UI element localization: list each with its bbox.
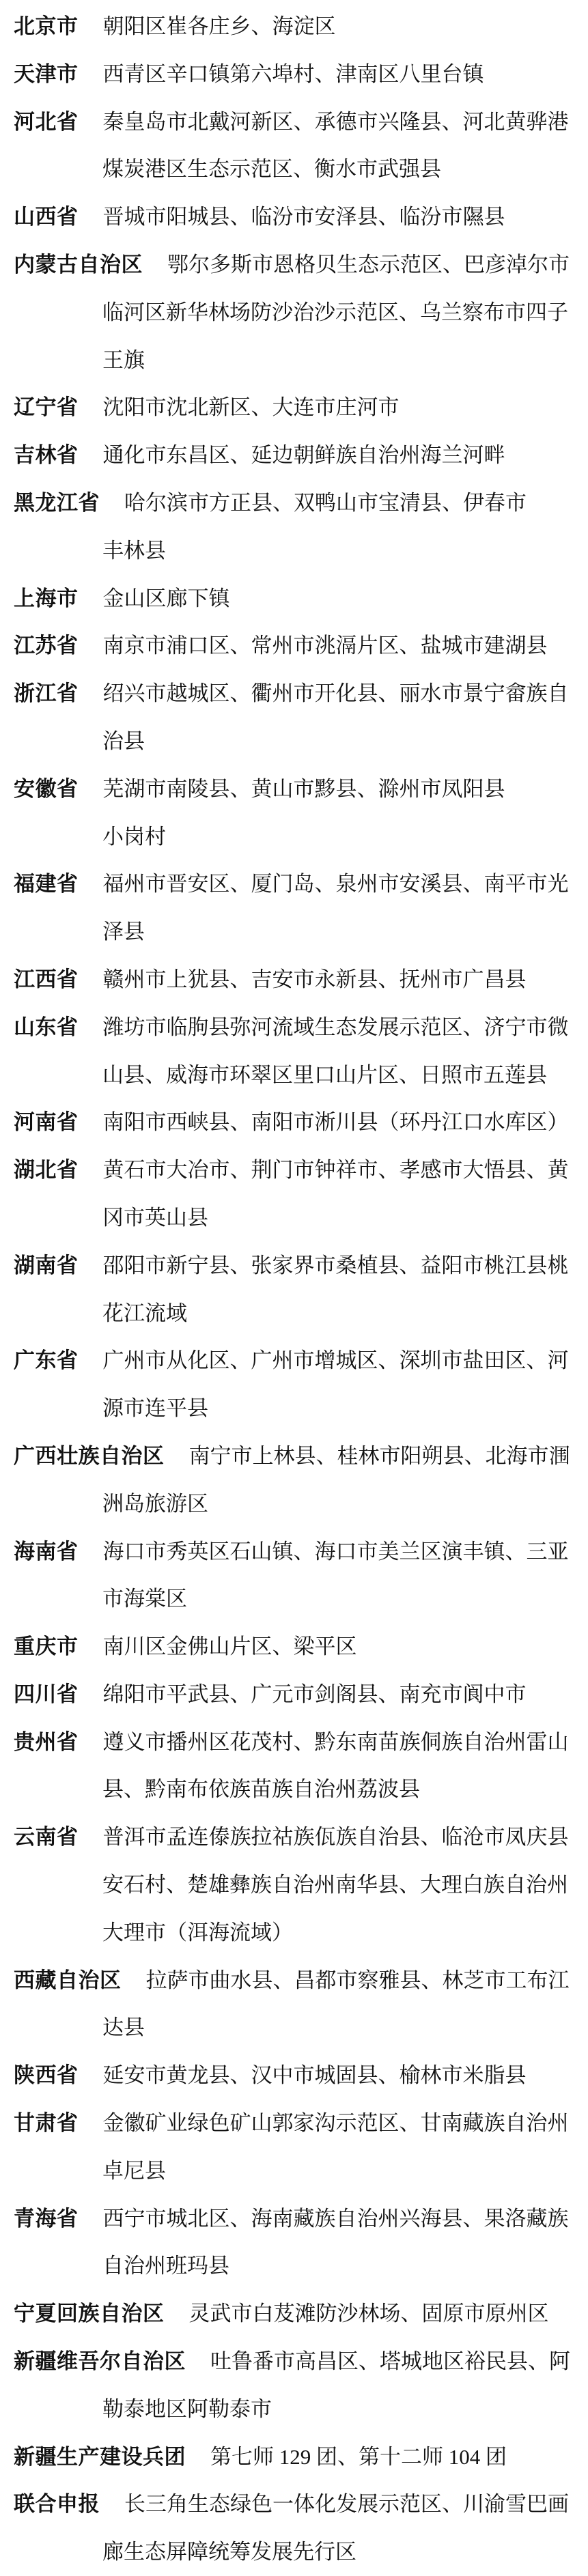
region-list: 绵阳市平武县、广元市剑阁县、南充市阆中市 — [103, 1682, 527, 1706]
region-list: 黄石市大冶市、荆门市钟祥市、孝感市大悟县、黄 冈市英山县 — [102, 1158, 569, 1230]
province-entry: 重庆市南川区金佛山片区、梁平区 — [14, 1623, 574, 1671]
province-entry: 海南省海口市秀英区石山镇、海口市美兰区演丰镇、三亚 市海棠区 — [14, 1528, 574, 1624]
province-entry: 湖北省黄石市大冶市、荆门市钟祥市、孝感市大悟县、黄 冈市英山县 — [14, 1146, 574, 1242]
province-entry: 江西省赣州市上犹县、吉安市永新县、抚州市广昌县 — [14, 956, 574, 1004]
region-list: 秦皇岛市北戴河新区、承德市兴隆县、河北黄骅港 煤炭港区生态示范区、衡水市武强县 — [102, 110, 569, 182]
region-list: 芜湖市南陵县、黄山市黟县、滁州市凤阳县 小岗村 — [102, 777, 505, 849]
province-label: 广西壮族自治区 — [14, 1444, 165, 1468]
province-entry: 福建省福州市晋安区、厦门岛、泉州市安溪县、南平市光 泽县 — [14, 860, 574, 956]
region-list: 南川区金佛山片区、梁平区 — [103, 1634, 357, 1658]
province-label: 吉林省 — [14, 443, 79, 467]
province-entry: 联合申报长三角生态绿色一体化发展示范区、川渝雪巴画 廊生态屏障统筹发展先行区 — [14, 2480, 574, 2576]
region-list: 广州市从化区、广州市增城区、深圳市盐田区、河 源市连平县 — [102, 1348, 569, 1420]
province-label: 江西省 — [14, 967, 79, 991]
region-list: 金徽矿业绿色矿山郭家沟示范区、甘南藏族自治州 卓尼县 — [102, 2111, 569, 2183]
province-entry: 天津市西青区辛口镇第六埠村、津南区八里台镇 — [14, 51, 574, 98]
province-entry: 安徽省芜湖市南陵县、黄山市黟县、滁州市凤阳县 小岗村 — [14, 765, 574, 861]
province-label: 湖南省 — [14, 1254, 79, 1277]
province-label: 内蒙古自治区 — [14, 253, 143, 277]
province-label: 贵州省 — [14, 1730, 79, 1754]
province-label: 天津市 — [14, 62, 79, 86]
province-label: 重庆市 — [14, 1634, 79, 1658]
region-list: 灵武市白芨滩防沙林场、固原市原州区 — [189, 2302, 549, 2325]
province-label: 甘肃省 — [14, 2111, 79, 2135]
province-label: 广东省 — [14, 1348, 79, 1372]
province-label: 联合申报 — [14, 2492, 100, 2516]
region-list: 金山区廊下镇 — [103, 586, 230, 610]
province-label: 浙江省 — [14, 681, 79, 705]
region-list: 朝阳区崔各庄乡、海淀区 — [103, 14, 336, 38]
province-entry: 河南省南阳市西峡县、南阳市淅川县（环丹江口水库区） — [14, 1099, 574, 1146]
region-list: 沈阳市沈北新区、大连市庄河市 — [103, 395, 400, 419]
region-list: 海口市秀英区石山镇、海口市美兰区演丰镇、三亚 市海棠区 — [102, 1540, 569, 1611]
province-entry: 甘肃省金徽矿业绿色矿山郭家沟示范区、甘南藏族自治州 卓尼县 — [14, 2099, 574, 2195]
province-label: 湖北省 — [14, 1158, 79, 1182]
province-entry: 北京市朝阳区崔各庄乡、海淀区 — [14, 3, 574, 51]
region-list: 南宁市上林县、桂林市阳朔县、北海市涠 洲岛旅游区 — [102, 1444, 570, 1516]
province-label: 河北省 — [14, 110, 79, 134]
province-entry: 宁夏回族自治区灵武市白芨滩防沙林场、固原市原州区 — [14, 2290, 574, 2338]
region-list: 遵义市播州区花茂村、黔东南苗族侗族自治州雷山 县、黔南布依族苗族自治州荔波县 — [102, 1730, 569, 1802]
region-list: 通化市东昌区、延边朝鲜族自治州海兰河畔 — [103, 443, 505, 467]
province-label: 新疆维吾尔自治区 — [14, 2349, 186, 2373]
province-entry: 青海省西宁市城北区、海南藏族自治州兴海县、果洛藏族 自治州班玛县 — [14, 2195, 574, 2291]
province-entry: 浙江省绍兴市越城区、衢州市开化县、丽水市景宁畲族自 治县 — [14, 670, 574, 765]
province-entry: 贵州省遵义市播州区花茂村、黔东南苗族侗族自治州雷山 县、黔南布依族苗族自治州荔波… — [14, 1718, 574, 1814]
province-label: 云南省 — [14, 1825, 79, 1849]
province-label: 新疆生产建设兵团 — [14, 2445, 186, 2469]
province-entry: 吉林省通化市东昌区、延边朝鲜族自治州海兰河畔 — [14, 431, 574, 479]
province-entry: 陕西省延安市黄龙县、汉中市城固县、榆林市米脂县 — [14, 2052, 574, 2099]
province-label: 西藏自治区 — [14, 1968, 122, 1992]
province-label: 宁夏回族自治区 — [14, 2302, 165, 2325]
province-label: 辽宁省 — [14, 395, 79, 419]
province-entry: 江苏省南京市浦口区、常州市洮滆片区、盐城市建湖县 — [14, 622, 574, 670]
region-list: 普洱市孟连傣族拉祜族佤族自治县、临沧市凤庆县 安石村、楚雄彝族自治州南华县、大理… — [102, 1825, 569, 1944]
province-entry: 河北省秦皇岛市北戴河新区、承德市兴隆县、河北黄骅港 煤炭港区生态示范区、衡水市武… — [14, 98, 574, 194]
province-label: 上海市 — [14, 586, 79, 610]
province-entry: 上海市金山区廊下镇 — [14, 575, 574, 623]
region-list: 邵阳市新宁县、张家界市桑植县、益阳市桃江县桃 花江流域 — [102, 1254, 569, 1325]
province-entry: 湖南省邵阳市新宁县、张家界市桑植县、益阳市桃江县桃 花江流域 — [14, 1242, 574, 1337]
province-label: 海南省 — [14, 1540, 79, 1563]
province-label: 北京市 — [14, 14, 79, 38]
province-entry: 山西省晋城市阳城县、临汾市安泽县、临汾市隰县 — [14, 193, 574, 241]
region-list: 长三角生态绿色一体化发展示范区、川渝雪巴画 廊生态屏障统筹发展先行区 — [102, 2492, 569, 2564]
province-label: 山西省 — [14, 205, 79, 229]
province-label: 四川省 — [14, 1682, 79, 1706]
province-label: 福建省 — [14, 872, 79, 896]
region-list: 拉萨市曲水县、昌都市察雅县、林芝市工布江 达县 — [102, 1968, 570, 2040]
province-entry: 广东省广州市从化区、广州市增城区、深圳市盐田区、河 源市连平县 — [14, 1337, 574, 1432]
region-list: 南阳市西峡县、南阳市淅川县（环丹江口水库区） — [103, 1110, 569, 1134]
province-entry: 新疆维吾尔自治区吐鲁番市高昌区、塔城地区裕民县、阿 勒泰地区阿勒泰市 — [14, 2338, 574, 2433]
region-list: 赣州市上犹县、吉安市永新县、抚州市广昌县 — [103, 967, 527, 991]
region-list: 福州市晋安区、厦门岛、泉州市安溪县、南平市光 泽县 — [102, 872, 569, 944]
province-entry: 广西壮族自治区南宁市上林县、桂林市阳朔县、北海市涠 洲岛旅游区 — [14, 1432, 574, 1528]
region-list: 绍兴市越城区、衢州市开化县、丽水市景宁畲族自 治县 — [102, 681, 569, 753]
province-entry: 四川省绵阳市平武县、广元市剑阁县、南充市阆中市 — [14, 1671, 574, 1718]
province-entry: 辽宁省沈阳市沈北新区、大连市庄河市 — [14, 384, 574, 431]
province-label: 陕西省 — [14, 2063, 79, 2087]
province-label: 河南省 — [14, 1110, 79, 1134]
province-entry: 山东省潍坊市临朐县弥河流域生态发展示范区、济宁市微 山县、威海市环翠区里口山片区… — [14, 1004, 574, 1099]
province-entry: 新疆生产建设兵团第七师 129 团、第十二师 104 团 — [14, 2433, 574, 2481]
province-entry: 内蒙古自治区鄂尔多斯市恩格贝生态示范区、巴彦淖尔市 临河区新华林场防沙治沙示范区… — [14, 241, 574, 384]
province-entry: 西藏自治区拉萨市曲水县、昌都市察雅县、林芝市工布江 达县 — [14, 1957, 574, 2052]
region-list: 延安市黄龙县、汉中市城固县、榆林市米脂县 — [103, 2063, 527, 2087]
region-list: 西宁市城北区、海南藏族自治州兴海县、果洛藏族 自治州班玛县 — [102, 2207, 569, 2278]
province-entry: 黑龙江省哈尔滨市方正县、双鸭山市宝清县、伊春市 丰林县 — [14, 479, 574, 575]
region-list: 哈尔滨市方正县、双鸭山市宝清县、伊春市 丰林县 — [102, 491, 527, 563]
province-label: 江苏省 — [14, 634, 79, 657]
region-list: 第七师 129 团、第十二师 104 团 — [210, 2445, 507, 2469]
region-list: 晋城市阳城县、临汾市安泽县、临汾市隰县 — [103, 205, 505, 229]
province-entry: 云南省普洱市孟连傣族拉祜族佤族自治县、临沧市凤庆县 安石村、楚雄彝族自治州南华县… — [14, 1813, 574, 1956]
region-list: 西青区辛口镇第六埠村、津南区八里台镇 — [103, 62, 484, 86]
document-page: 北京市朝阳区崔各庄乡、海淀区 天津市西青区辛口镇第六埠村、津南区八里台镇 河北省… — [14, 3, 574, 2576]
province-label: 黑龙江省 — [14, 491, 100, 515]
province-label: 安徽省 — [14, 777, 79, 801]
province-label: 山东省 — [14, 1015, 79, 1039]
province-label: 青海省 — [14, 2207, 79, 2231]
region-list: 鄂尔多斯市恩格贝生态示范区、巴彦淖尔市 临河区新华林场防沙治沙示范区、乌兰察布市… — [102, 253, 570, 372]
region-list: 潍坊市临朐县弥河流域生态发展示范区、济宁市微 山县、威海市环翠区里口山片区、日照… — [102, 1015, 569, 1087]
region-list: 南京市浦口区、常州市洮滆片区、盐城市建湖县 — [103, 634, 548, 657]
